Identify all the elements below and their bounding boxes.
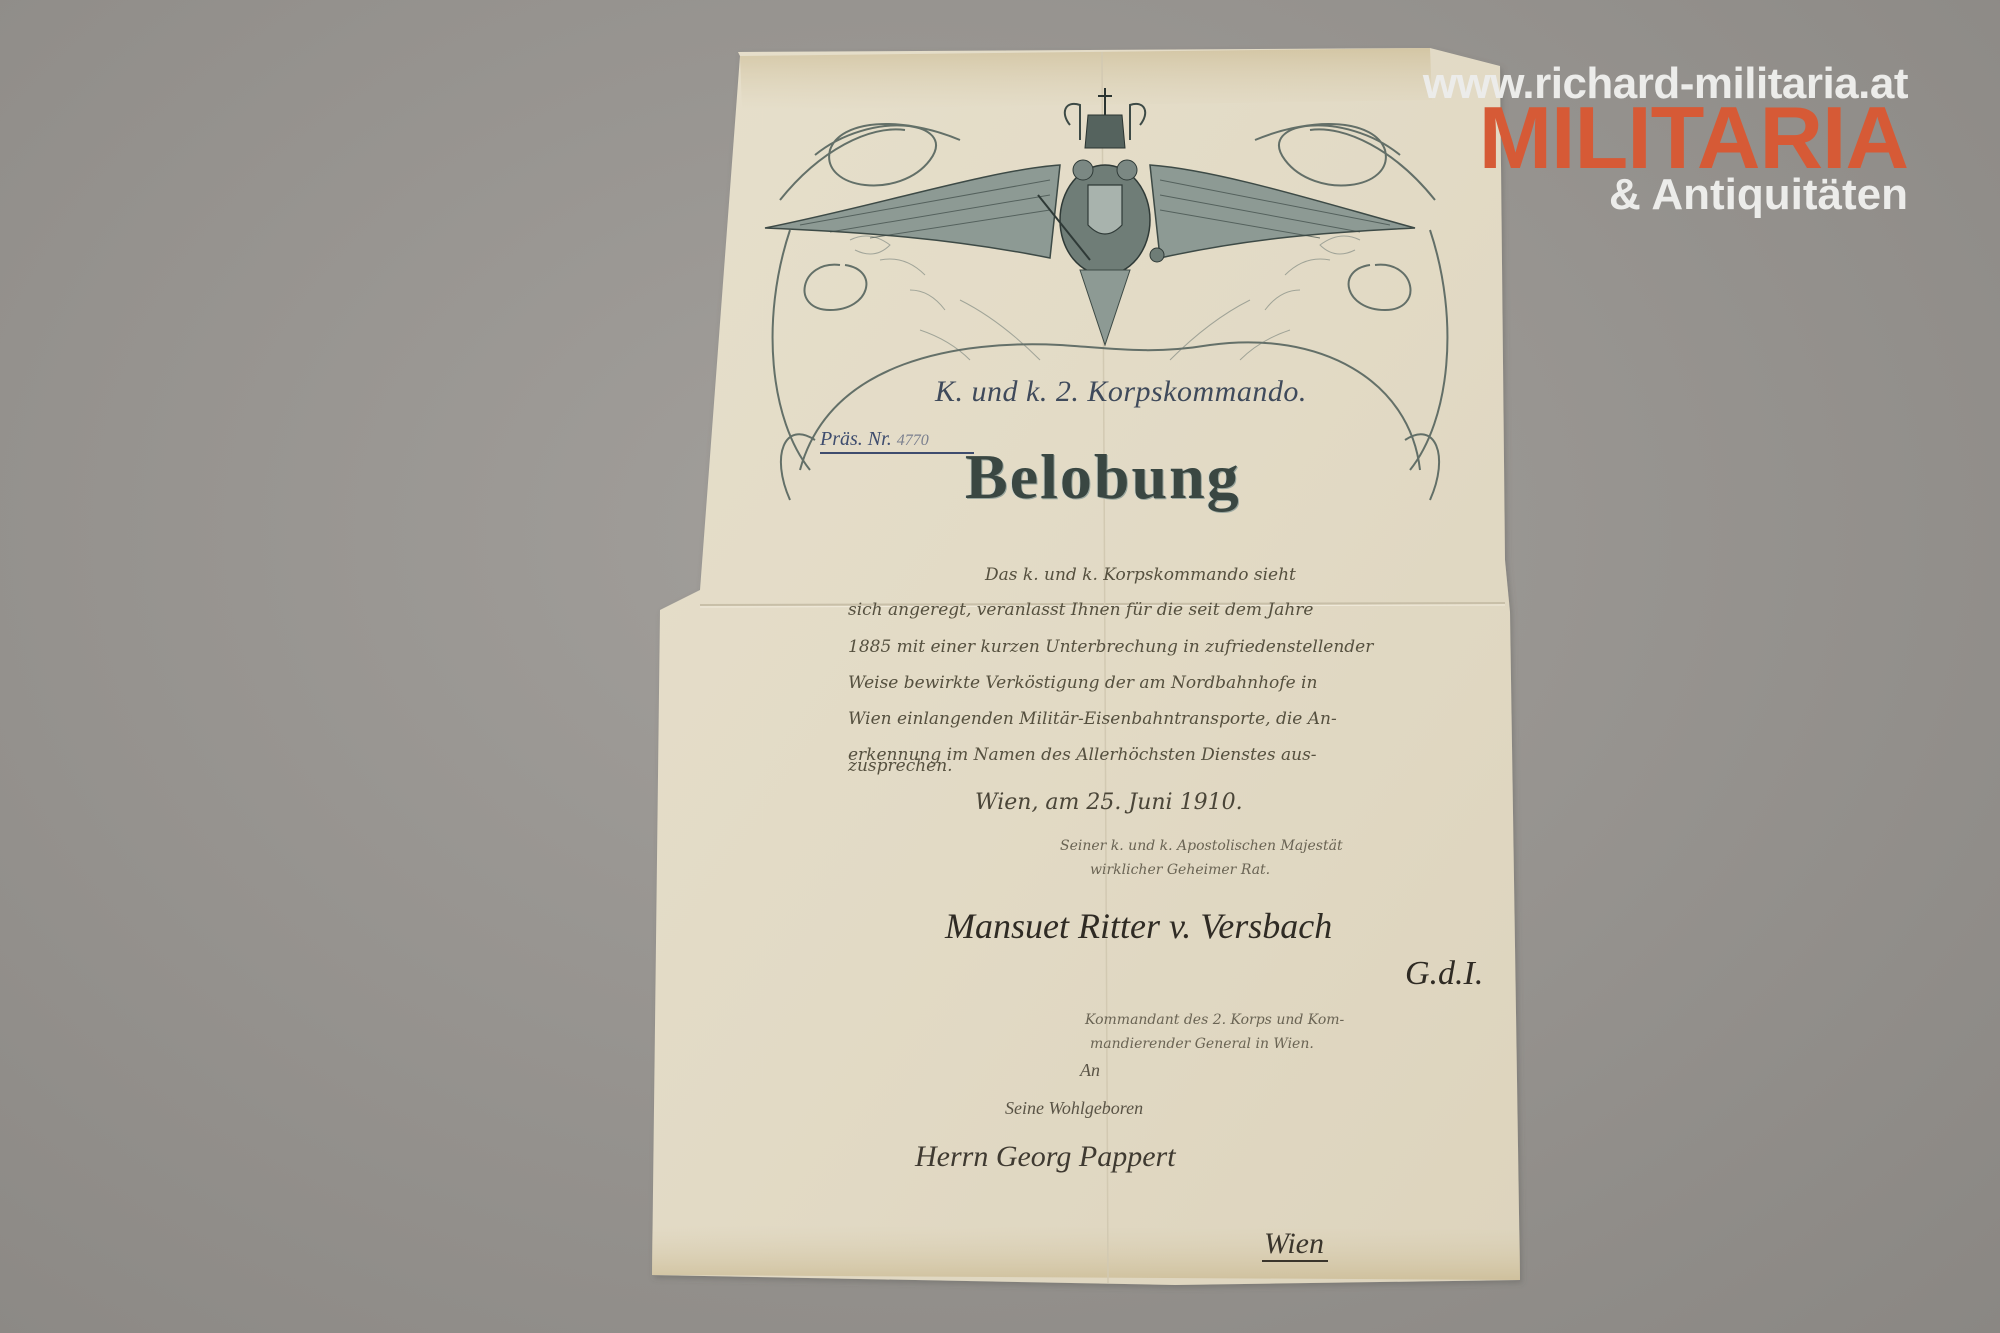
- body-line: Weise bewirkte Verköstigung der am Nordb…: [848, 673, 1317, 693]
- body-line: sich angeregt, veranlasst Ihnen für die …: [848, 600, 1314, 620]
- signer-role-line: Kommandant des 2. Korps und Kom-: [1085, 1012, 1344, 1028]
- place-date: Wien, am 25. Juni 1910.: [975, 790, 1243, 815]
- recipient-salutation: Seine Wohlgeboren: [1005, 1098, 1143, 1119]
- watermark: www.richard-militaria.at MILITARIA & Ant…: [1423, 62, 1908, 217]
- document-header: K. und k. 2. Korpskommando.: [935, 375, 1307, 409]
- signer-role-line: mandierender General in Wien.: [1090, 1036, 1314, 1052]
- signature: Mansuet Ritter v. Versbach: [945, 905, 1332, 947]
- document-title: Belobung: [965, 440, 1241, 514]
- reference-value: 4770: [897, 432, 929, 449]
- recipient-city: Wien: [1262, 1228, 1328, 1262]
- signer-title-line: wirklicher Geheimer Rat.: [1090, 862, 1270, 878]
- signer-title-line: Seiner k. und k. Apostolischen Majestät: [1060, 838, 1343, 854]
- body-line: Wien einlangenden Militär-Eisenbahntrans…: [848, 709, 1337, 729]
- body-line: Das k. und k. Korpskommando sieht: [985, 565, 1296, 585]
- watermark-brand: MILITARIA: [1423, 98, 1908, 177]
- recipient-to: An: [1080, 1060, 1100, 1081]
- photo-background: www.richard-militaria.at MILITARIA & Ant…: [0, 0, 2000, 1333]
- signature-initials: G.d.I.: [1405, 955, 1483, 993]
- reference-number: Präs. Nr. 4770: [820, 428, 974, 454]
- reference-label: Präs. Nr.: [820, 428, 892, 450]
- recipient-name: Herrn Georg Pappert: [915, 1140, 1176, 1174]
- body-line-last: zusprechen.: [848, 756, 953, 776]
- body-line: 1885 mit einer kurzen Unterbrechung in z…: [848, 637, 1373, 657]
